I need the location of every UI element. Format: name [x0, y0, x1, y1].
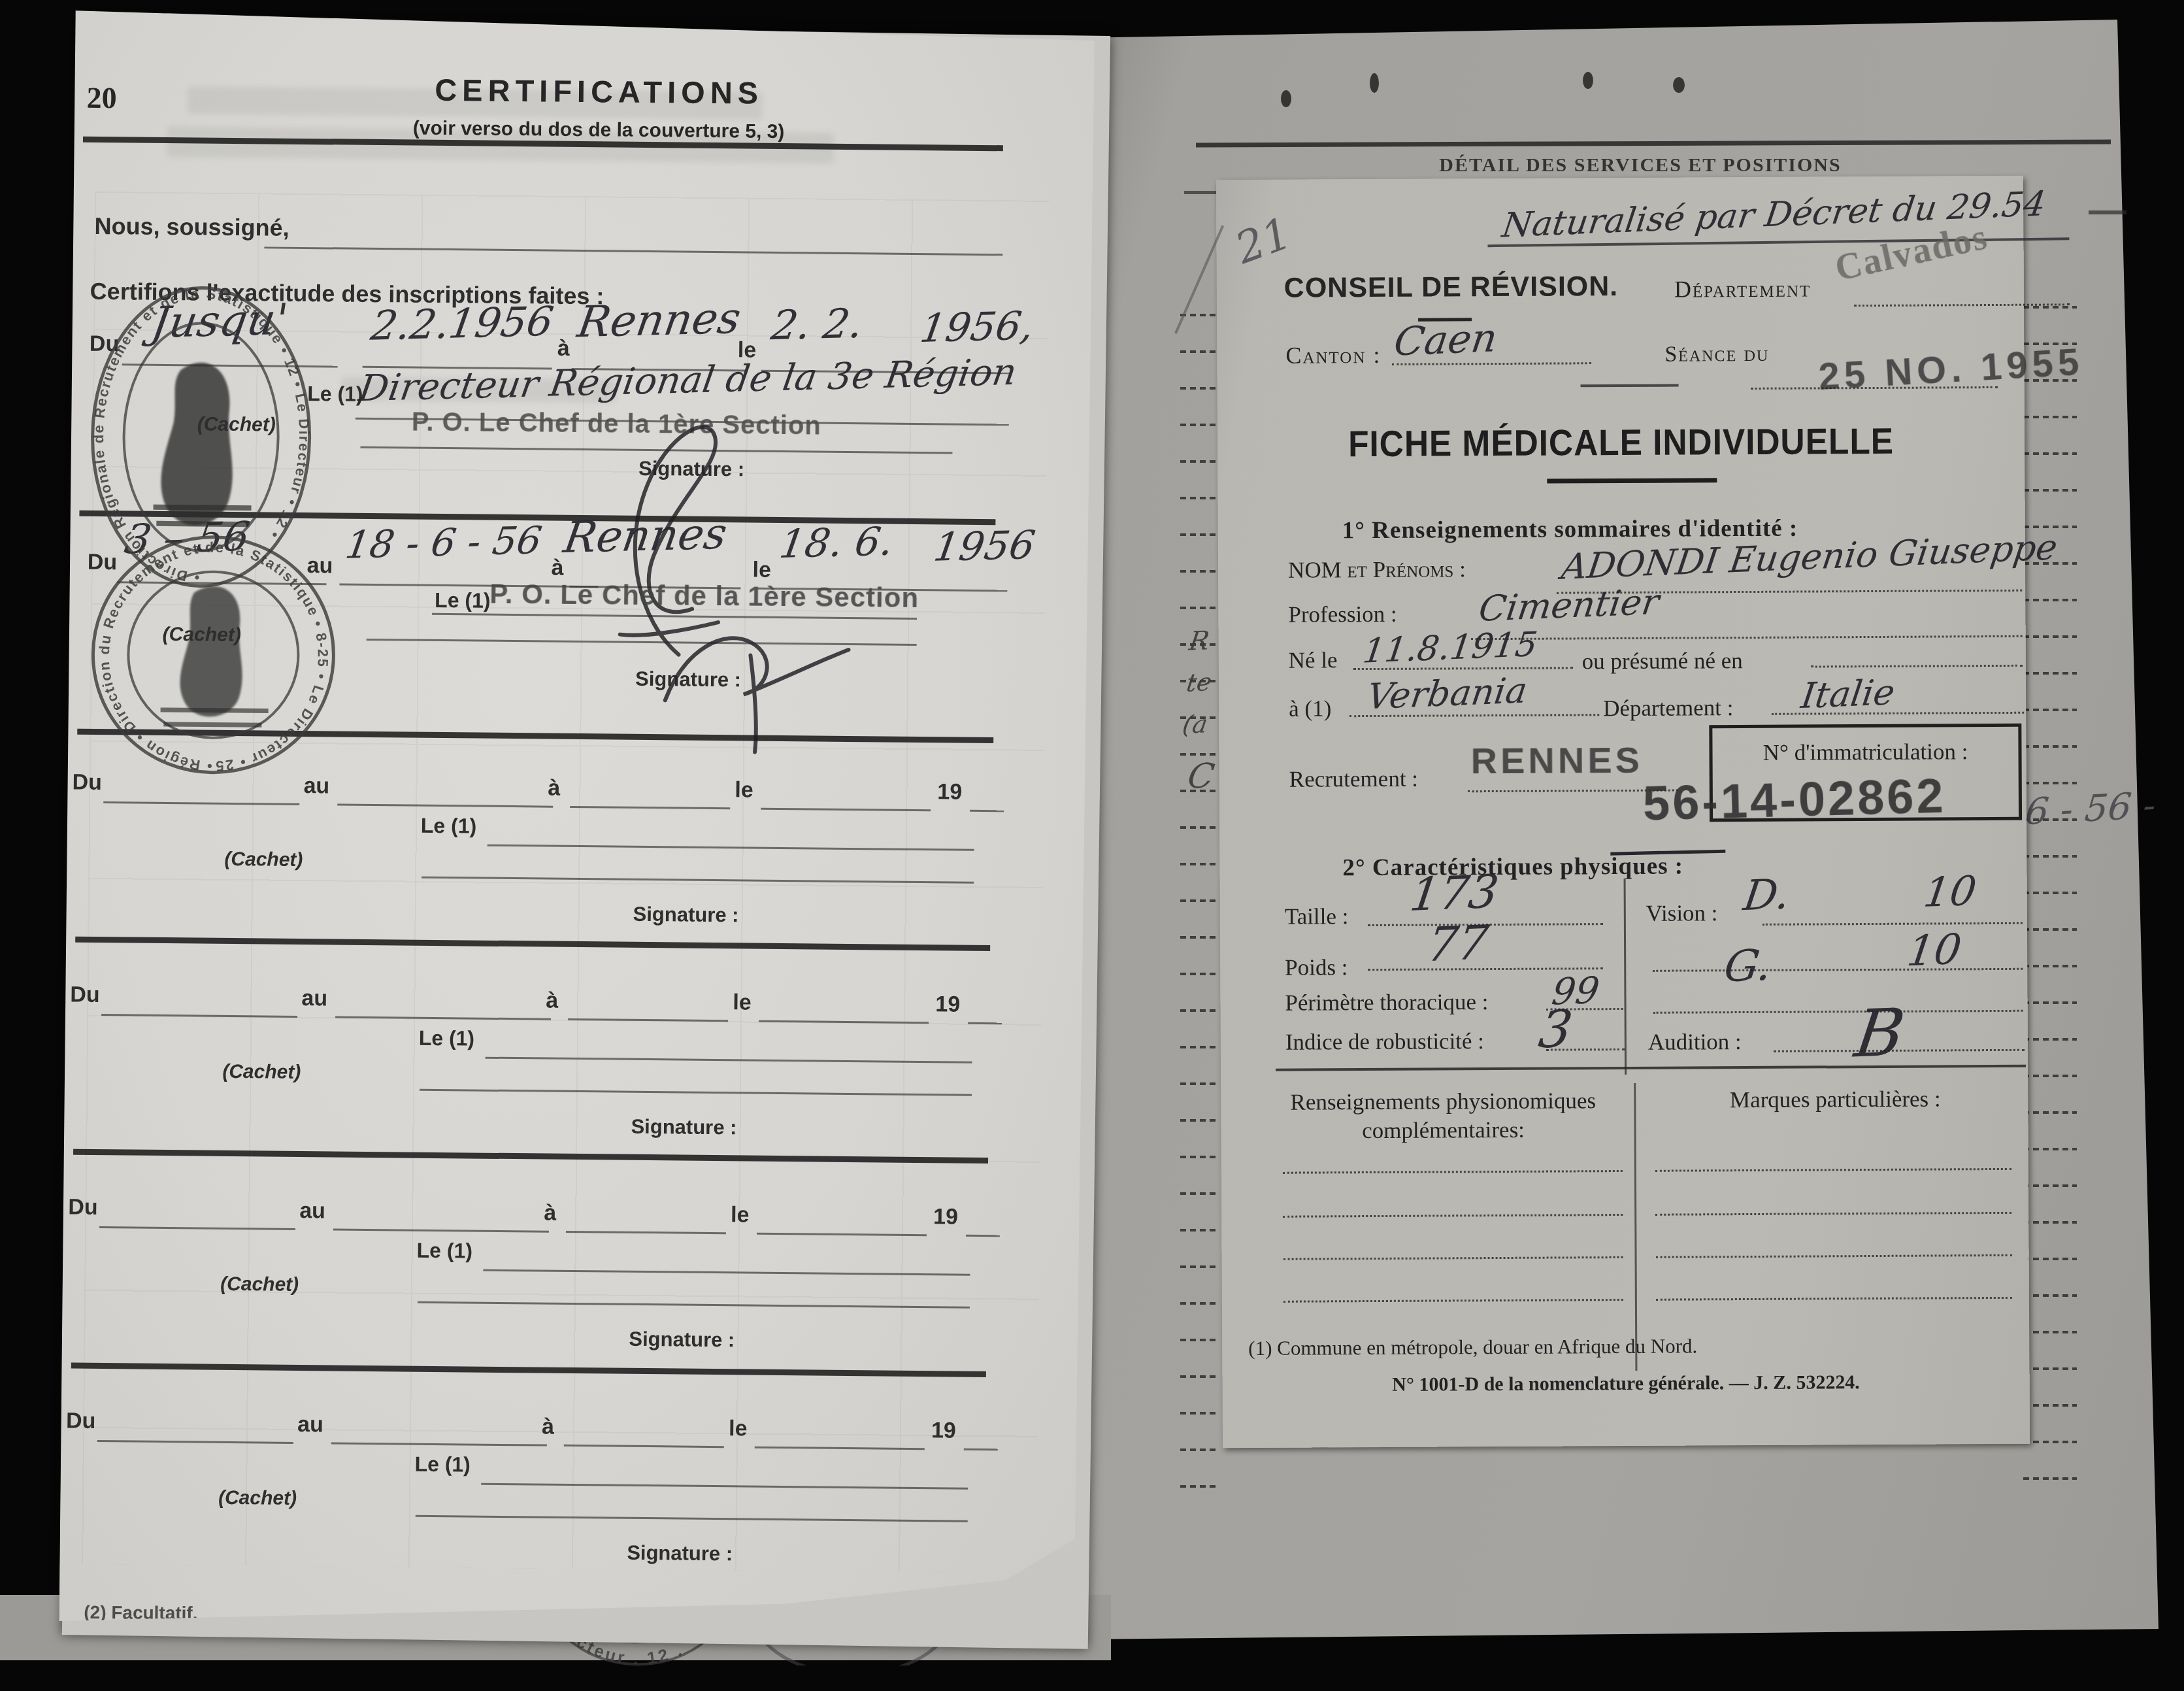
- audition-label: Audition :: [1648, 1029, 1742, 1056]
- canton-label: Canton :: [1285, 341, 1381, 369]
- edge-fragment: (a: [1181, 709, 1210, 739]
- le1-label: Le (1): [421, 814, 477, 839]
- year-handwriting: 1956: [931, 522, 1038, 571]
- le-label: le: [753, 558, 772, 583]
- a-label: à: [546, 988, 558, 1014]
- audition-value: B: [1851, 994, 1910, 1072]
- physio-label-line1: Renseignements physionomiques: [1260, 1088, 1626, 1116]
- page-number: 20: [86, 80, 117, 115]
- le-label: le: [729, 1416, 748, 1441]
- ink-blot: [1583, 72, 1593, 89]
- a-label: à: [557, 336, 570, 361]
- seance-label: Séance du: [1664, 342, 1769, 367]
- cachet-label: (Cachet): [222, 1061, 301, 1084]
- robusticite-dotline: [1546, 1048, 1625, 1051]
- robusticite-label: Indice de robusticité :: [1285, 1028, 1484, 1056]
- intro-line: Nous, soussigné,: [94, 212, 289, 242]
- le-label: le: [733, 990, 752, 1015]
- cachet-label: (Cachet): [197, 413, 276, 436]
- au-value-handwriting: 18 - 6 - 56: [342, 518, 544, 567]
- recrutement-value-stamp: RENNES: [1470, 739, 1643, 782]
- le-label: le: [735, 777, 753, 803]
- signature-label: Signature :: [627, 1541, 733, 1566]
- year-prefix: 19: [931, 1418, 956, 1443]
- canton-value: Caen: [1391, 315, 1500, 365]
- perimetre-label: Périmètre thoracique :: [1285, 989, 1488, 1016]
- marques-dotline-1: [1655, 1168, 2011, 1172]
- recrutement-label: Recrutement :: [1289, 766, 1419, 793]
- signature-label: Signature :: [631, 1115, 736, 1140]
- rule-fragment-right: [2089, 210, 2126, 214]
- year-prefix: 19: [937, 779, 962, 805]
- a-label: à: [542, 1415, 554, 1440]
- le1-label: Le (1): [414, 1452, 471, 1477]
- place-handwriting: Rennes: [561, 509, 731, 563]
- year-line: [966, 1235, 1000, 1237]
- marques-label: Marques particulières :: [1652, 1086, 2018, 1114]
- vision-g-dotline: [1653, 968, 2023, 972]
- year-prefix: 19: [935, 992, 960, 1017]
- du-label: Du: [66, 1409, 96, 1434]
- right-col-dotline: [1653, 1010, 2023, 1014]
- du-label: Du: [72, 770, 102, 795]
- year-prefix: 19: [933, 1204, 958, 1230]
- physio-top-rule: [1276, 1065, 2026, 1071]
- immatriculation-label: N° d'immatriculation :: [1712, 739, 2018, 766]
- cachet-label: (Cachet): [163, 624, 241, 646]
- a-label: à: [548, 776, 560, 801]
- presume-dotline: [1811, 665, 2023, 668]
- robusticite-value: 3: [1535, 1000, 1576, 1060]
- nom-label: NOM et Prénoms :: [1288, 556, 1466, 583]
- margin-number: 21: [1229, 208, 1298, 274]
- du-label: Du: [70, 982, 100, 1008]
- vision-g-label: G.: [1721, 940, 1775, 992]
- le-value-handwriting: 2. 2.: [768, 299, 866, 349]
- immatriculation-value-stamp: 56-14-02862: [1642, 768, 1947, 831]
- le-value-handwriting: 18. 6.: [776, 519, 896, 567]
- departement2-value: Italie: [1798, 671, 1897, 716]
- vision-label: Vision :: [1646, 900, 1718, 927]
- au-label: au: [297, 1412, 323, 1437]
- du-label: Du: [68, 1195, 98, 1220]
- margin-note: 6 - 56 -: [2024, 784, 2158, 833]
- departement-label: Département: [1674, 275, 1812, 303]
- profession-label: Profession :: [1288, 601, 1397, 628]
- year-line: [964, 1448, 998, 1450]
- au-label: au: [303, 773, 329, 799]
- card-footnote-2: N° 1001-D de la nomenclature générale. —…: [1223, 1371, 2030, 1397]
- vision-d-label: D.: [1740, 870, 1793, 920]
- au-label: au: [301, 986, 327, 1011]
- poids-label: Poids :: [1285, 954, 1348, 981]
- place-handwriting: Rennes: [574, 293, 744, 347]
- ink-blot: [1370, 73, 1379, 93]
- ink-blot: [1281, 90, 1291, 107]
- column-divider-top: [1624, 879, 1627, 1075]
- departement2-label: Département :: [1603, 695, 1733, 722]
- signature-label: Signature :: [633, 903, 738, 928]
- card-title-underline: [1547, 478, 1717, 483]
- conseil-label: CONSEIL DE RÉVISION.: [1284, 271, 1619, 305]
- physio-dotline-2: [1283, 1214, 1623, 1218]
- rule-fragment-left: [1184, 191, 1218, 194]
- year-line: [968, 1022, 1002, 1024]
- poids-value: 77: [1424, 914, 1492, 972]
- scanned-document: DÉTAIL DES SERVICES ET POSITIONS SUCCESS…: [0, 0, 2184, 1691]
- left-page-title: CERTIFICATIONS: [337, 71, 860, 112]
- au-value-handwriting: 2.2.1956: [368, 297, 557, 350]
- canton-short-rule: [1581, 384, 1679, 388]
- vision-d-value: 10: [1921, 867, 1979, 916]
- left-page: 20 CERTIFICATIONS (voir verso du dos de …: [55, 8, 1098, 1633]
- le1-label: Le (1): [419, 1026, 475, 1051]
- taille-label: Taille :: [1285, 903, 1349, 930]
- card-footnote-1: (1) Commune en métropole, douar en Afriq…: [1248, 1334, 1697, 1360]
- year-line: [970, 810, 1004, 812]
- physio-dotline-4: [1283, 1299, 1623, 1303]
- fiche-medicale-card: Naturalisé par Décret du 29.54 21 CONSEI…: [1216, 176, 2030, 1448]
- round-stamp-2: • Région • Direction du Recrutement et d…: [74, 520, 352, 790]
- a-dotline: [1349, 714, 1599, 717]
- edge-fragment: te: [1185, 667, 1214, 697]
- physio-dotline-1: [1283, 1170, 1623, 1174]
- a-label: à: [544, 1201, 556, 1226]
- cachet-label: (Cachet): [218, 1487, 297, 1510]
- le-label: le: [731, 1202, 750, 1228]
- physio-dotline-3: [1283, 1256, 1623, 1260]
- presume-label: ou présumé né en: [1582, 648, 1743, 675]
- vision-d-dotline: [1762, 922, 2023, 926]
- column-divider-bottom: [1634, 1083, 1637, 1371]
- marques-dotline-4: [1656, 1297, 2012, 1301]
- a-label: à (1): [1289, 695, 1331, 722]
- profession-dotline: [1471, 635, 2023, 640]
- ink-blot: [1673, 77, 1685, 93]
- cachet-label: (Cachet): [224, 848, 303, 871]
- le1-label: Le (1): [435, 588, 491, 613]
- card-title: FICHE MÉDICALE INDIVIDUELLE: [1249, 419, 1993, 465]
- section2-title: 2° Caractéristiques physiques :: [1342, 852, 1683, 882]
- ne-dotline: [1353, 667, 1573, 670]
- cachet-label: (Cachet): [220, 1273, 299, 1296]
- taille-value: 173: [1407, 865, 1502, 922]
- physio-label-line2: complémentaires:: [1260, 1116, 1626, 1145]
- ruled-lines-right-margin: [2023, 306, 2077, 1509]
- year-handwriting: 1956,: [917, 303, 1036, 352]
- le1-label: Le (1): [416, 1239, 472, 1264]
- marques-dotline-2: [1655, 1212, 2011, 1216]
- ruled-lines-left-margin: [1180, 314, 1217, 1510]
- canton-dotline: [1392, 362, 1591, 365]
- au-label: au: [299, 1198, 325, 1224]
- signature-label: Signature :: [629, 1328, 735, 1352]
- marques-dotline-3: [1656, 1254, 2012, 1258]
- ne-value: 11.8.1915: [1361, 625, 1540, 671]
- profession-value: Cimentier: [1476, 581, 1661, 629]
- departement2-dotline: [1772, 712, 2024, 715]
- a-value: Verbania: [1365, 670, 1530, 718]
- ne-label: Né le: [1289, 647, 1338, 673]
